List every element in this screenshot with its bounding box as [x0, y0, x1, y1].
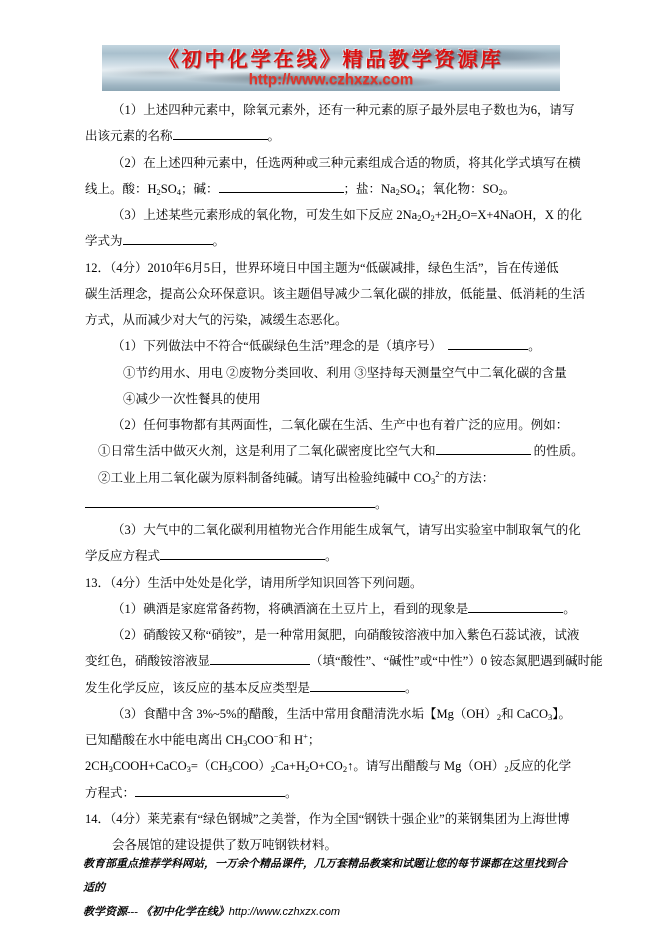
text-line: ①节约用水、用电 ②废物分类回收、利用 ③坚持每天测量空气中二氧化碳的含量 — [85, 360, 577, 386]
text-line: 碳生活理念，提高公众环保意识。该主题倡导减少二氧化碳的排放，低能量、低消耗的生活 — [85, 281, 577, 307]
text-run: （1）下列做法中不符合“低碳绿色生活”理念的是（填序号） — [112, 339, 448, 353]
answer-blank[interactable] — [210, 651, 310, 665]
text-run: 。 — [213, 234, 226, 248]
text-line: 12．（4分）2010年6月5日，世界环境日中国主题为“低碳减排，绿色生活”，旨… — [85, 255, 577, 281]
text-line: 方式，从而减少对大气的污染，减缓生态恶化。 — [85, 307, 577, 333]
text-run: 学式为 — [85, 234, 123, 248]
text-run: SO — [161, 182, 177, 196]
text-run: Ca+H — [275, 759, 305, 773]
page-footer: 教育部重点推荐学科网站，一万余个精品课件，几万套精品教案和试题让您的每节课都在这… — [83, 852, 577, 924]
text-line: 出该元素的名称。 — [85, 123, 577, 149]
text-run: 出该元素的名称 — [85, 129, 173, 143]
text-line: 方程式：。 — [85, 780, 577, 806]
text-line: （3）食醋中含 3%~5%的醋酸，生活中常用食醋清洗水垢【Mg（OH）2和 Ca… — [85, 701, 577, 727]
text-run: 和 H — [278, 733, 303, 747]
text-run: COO — [247, 733, 273, 747]
text-run: ；氧化物：SO — [420, 182, 498, 196]
text-line: （2）硝酸铵又称“硝铵”，是一种常用氮肥，向硝酸铵溶液中加入紫色石蕊试液，试液 — [85, 622, 577, 648]
text-run: 。 — [528, 339, 541, 353]
text-run: 变红色，硝酸铵溶液显 — [85, 654, 210, 668]
text-run: 。 — [405, 681, 418, 695]
text-line: 发生化学反应，该反应的基本反应类型是。 — [85, 675, 577, 701]
text-line: 13．（4分）生活中处处是化学，请用所学知识回答下列问题。 — [85, 570, 577, 596]
text-line: 学式为。 — [85, 228, 577, 254]
text-run: 。 — [285, 786, 298, 800]
footer-line-2-text: 教学资源--- 《初中化学在线》 — [83, 906, 229, 918]
text-line: 2CH3COOH+CaCO3=（CH3COO）2Ca+H2O+CO2↑。请写出醋… — [85, 753, 577, 779]
answer-blank[interactable] — [219, 179, 344, 193]
text-run: 12．（4分）2010年6月5日，世界环境日中国主题为“低碳减排，绿色生活”，旨… — [85, 261, 559, 275]
text-run: ①节约用水、用电 ②废物分类回收、利用 ③坚持每天测量空气中二氧化碳的含量 — [123, 366, 567, 380]
text-run: 。 — [375, 497, 388, 511]
text-run: 的方法： — [444, 471, 494, 485]
text-run: 已知醋酸在水中能电离出 CH — [85, 733, 243, 747]
banner-url: http://www.czhxzx.com — [249, 72, 413, 88]
text-line: （2）在上述四种元素中，任选两种或三种元素组成合适的物质，将其化学式填写在横 — [85, 150, 577, 176]
answer-blank[interactable] — [85, 494, 375, 508]
document-page: 《初中化学在线》精品教学资源库 http://www.czhxzx.com （1… — [0, 0, 661, 935]
text-run: COO） — [232, 759, 271, 773]
text-run: 方式，从而减少对大气的污染，减缓生态恶化。 — [85, 313, 348, 327]
text-run: 的性质。 — [531, 444, 584, 458]
footer-line-2: 教学资源--- 《初中化学在线》http://www.czhxzx.com — [83, 900, 577, 924]
text-line: 14．（4分）莱芜素有“绿色钢城”之美誉，作为全国“钢铁十强企业”的莱钢集团为上… — [85, 806, 577, 832]
text-run: 14．（4分）莱芜素有“绿色钢城”之美誉，作为全国“钢铁十强企业”的莱钢集团为上… — [85, 812, 570, 826]
text-run: 。 — [503, 182, 516, 196]
text-run: 2CH — [85, 759, 109, 773]
text-line: 线上。酸：H2SO4；碱：；盐：Na2SO4；氧化物：SO2。 — [85, 176, 577, 202]
text-run: 和 CaCO — [501, 707, 548, 721]
text-run: 会各展馆的建设提供了数万吨钢铁材料。 — [112, 838, 337, 852]
text-run: SO — [400, 182, 416, 196]
text-line: （1）上述四种元素中，除氧元素外，还有一种元素的原子最外层电子数也为6，请写 — [85, 97, 577, 123]
text-run: （1）上述四种元素中，除氧元素外，还有一种元素的原子最外层电子数也为6，请写 — [112, 103, 575, 117]
text-line: （3）上述某些元素形成的氧化物，可发生如下反应 2Na2O2+2H2O=X+4N… — [85, 202, 577, 228]
text-line: 。 — [85, 491, 577, 517]
text-run: ②工业上用二氧化碳为原料制备纯碱。请写出检验纯碱中 CO — [98, 471, 431, 485]
footer-url: http://www.czhxzx.com — [229, 906, 340, 918]
text-run: O+CO — [309, 759, 342, 773]
text-run: ↑。请写出醋酸与 Mg（OH） — [347, 759, 504, 773]
text-run: 。 — [268, 129, 281, 143]
text-run: 方程式： — [85, 786, 135, 800]
text-line: 变红色，硝酸铵溶液显（填“酸性”、“碱性”或“中性”）0 铵态氮肥遇到碱时能 — [85, 648, 577, 674]
text-run: （填“酸性”、“碱性”或“中性”）0 铵态氮肥遇到碱时能 — [310, 654, 603, 668]
text-run: 碳生活理念，提高公众环保意识。该主题倡导减少二氧化碳的排放，低能量、低消耗的生活 — [85, 287, 585, 301]
answer-blank[interactable] — [123, 231, 213, 245]
text-run: （1）碘酒是家庭常备药物，将碘酒滴在土豆片上，看到的现象是 — [112, 602, 468, 616]
answer-blank[interactable] — [173, 126, 268, 140]
text-line: ①日常生活中做灭火剂，这是利用了二氧化碳密度比空气大和 的性质。 — [85, 438, 577, 464]
text-run: （3）上述某些元素形成的氧化物，可发生如下反应 2Na — [112, 208, 417, 222]
text-run: O=X+4NaOH，X 的化 — [461, 208, 582, 222]
answer-blank[interactable] — [135, 783, 285, 797]
answer-blank[interactable] — [448, 336, 528, 350]
text-run: ④减少一次性餐具的使用 — [123, 392, 261, 406]
text-run: ①日常生活中做灭火剂，这是利用了二氧化碳密度比空气大和 — [98, 444, 436, 458]
text-run: 发生化学反应，该反应的基本反应类型是 — [85, 681, 310, 695]
text-line: 已知醋酸在水中能电离出 CH3COO−和 H+； — [85, 727, 577, 753]
text-run: （3）大气中的二氧化碳利用植物光合作用能生成氧气，请写出实验室中制取氧气的化 — [112, 523, 581, 537]
footer-line-1: 教育部重点推荐学科网站，一万余个精品课件，几万套精品教案和试题让您的每节课都在这… — [83, 852, 577, 900]
text-run: COOH+CaCO — [113, 759, 187, 773]
text-run: （2）在上述四种元素中，任选两种或三种元素组成合适的物质，将其化学式填写在横 — [112, 156, 581, 170]
answer-blank[interactable] — [468, 599, 563, 613]
text-run: ； — [308, 733, 321, 747]
text-run: （2）任何事物都有其两面性，二氧化碳在生活、生产中也有着广泛的应用。例如： — [112, 418, 568, 432]
text-line: （3）大气中的二氧化碳利用植物光合作用能生成氧气，请写出实验室中制取氧气的化 — [85, 517, 577, 543]
text-line: ②工业上用二氧化碳为原料制备纯碱。请写出检验纯碱中 CO32−的方法： — [85, 465, 577, 491]
text-line: （1）下列做法中不符合“低碳绿色生活”理念的是（填序号） 。 — [85, 333, 577, 359]
text-run: 13．（4分）生活中处处是化学，请用所学知识回答下列问题。 — [85, 576, 423, 590]
text-line: 学反应方程式。 — [85, 543, 577, 569]
text-line: ④减少一次性餐具的使用 — [85, 386, 577, 412]
text-run: 。 — [563, 602, 576, 616]
answer-blank[interactable] — [436, 441, 531, 455]
text-run: ；盐：Na — [344, 182, 396, 196]
text-run: =（CH — [191, 759, 228, 773]
text-run: ；碱： — [181, 182, 219, 196]
banner-title: 《初中化学在线》精品教学资源库 — [159, 49, 504, 71]
document-body[interactable]: （1）上述四种元素中，除氧元素外，还有一种元素的原子最外层电子数也为6，请写出该… — [85, 97, 577, 858]
site-banner-image: 《初中化学在线》精品教学资源库 http://www.czhxzx.com — [102, 45, 560, 91]
answer-blank[interactable] — [160, 546, 325, 560]
answer-blank[interactable] — [310, 678, 405, 692]
text-line: （1）碘酒是家庭常备药物，将碘酒滴在土豆片上，看到的现象是。 — [85, 596, 577, 622]
text-run: 线上。酸：H — [85, 182, 157, 196]
text-run: （3）食醋中含 3%~5%的醋酸，生活中常用食醋清洗水垢【Mg（OH） — [112, 707, 497, 721]
text-run: （2）硝酸铵又称“硝铵”，是一种常用氮肥，向硝酸铵溶液中加入紫色石蕊试液，试液 — [112, 628, 579, 642]
text-run: 学反应方程式 — [85, 549, 160, 563]
text-run: +2H — [435, 208, 457, 222]
sup-text: 2− — [435, 469, 444, 479]
text-run: 。 — [325, 549, 338, 563]
text-line: （2）任何事物都有其两面性，二氧化碳在生活、生产中也有着广泛的应用。例如： — [85, 412, 577, 438]
text-run: 反应的化学 — [509, 759, 572, 773]
text-run: 】。 — [552, 707, 571, 721]
